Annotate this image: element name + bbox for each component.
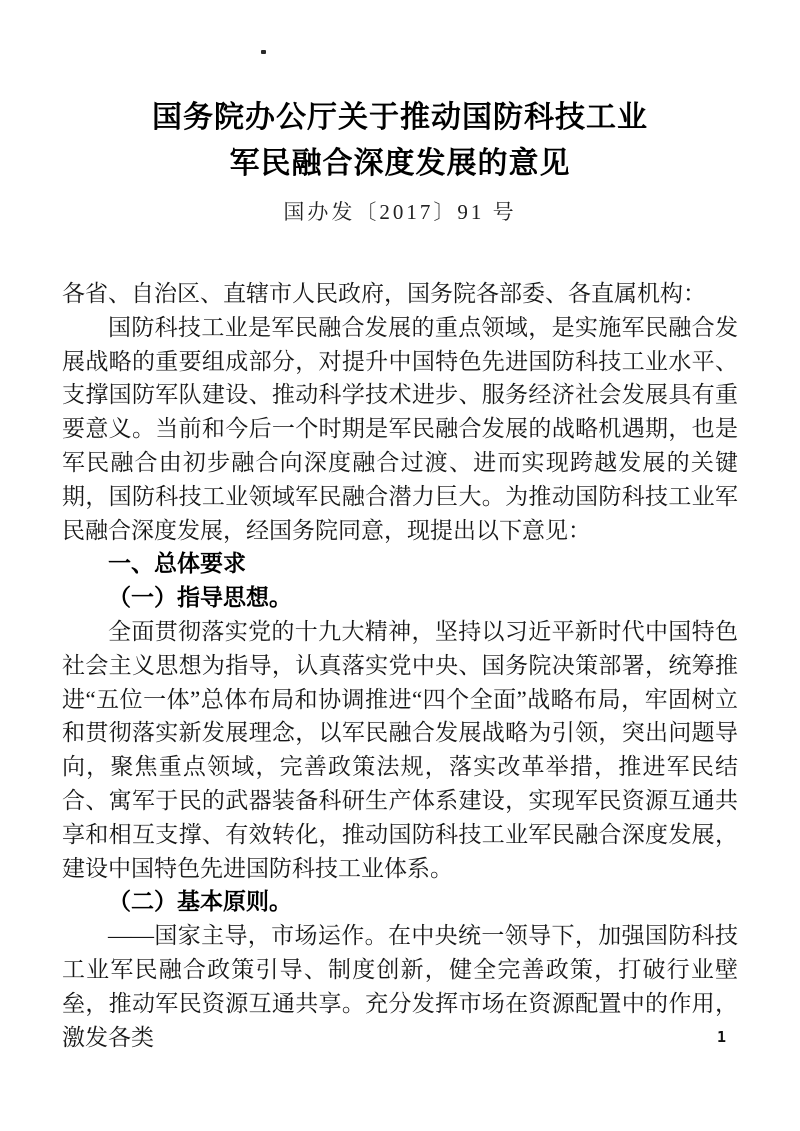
page-number: 1 bbox=[717, 1028, 726, 1046]
document-number: 国办发〔2017〕91 号 bbox=[0, 197, 800, 227]
salutation-line: 各省、自治区、直辖市人民政府，国务院各部委、各直属机构： bbox=[62, 277, 738, 311]
section-heading-overall-requirements: 一、总体要求 bbox=[62, 547, 738, 581]
subsection-heading-guiding-ideology: （一）指导思想。 bbox=[62, 581, 738, 615]
title-block: 国务院办公厅关于推动国防科技工业 军民融合深度发展的意见 国办发〔2017〕91… bbox=[0, 0, 800, 227]
intro-paragraph: 国防科技工业是军民融合发展的重点领域，是实施军民融合发展战略的重要组成部分，对提… bbox=[62, 311, 738, 548]
document-title-line-1: 国务院办公厅关于推动国防科技工业 bbox=[0, 95, 800, 141]
document-body: 各省、自治区、直辖市人民政府，国务院各部委、各直属机构： 国防科技工业是军民融合… bbox=[62, 277, 738, 1054]
subsection-heading-basic-principles: （二）基本原则。 bbox=[62, 885, 738, 919]
document-title-line-2: 军民融合深度发展的意见 bbox=[0, 141, 800, 187]
ink-speck bbox=[261, 50, 266, 54]
basic-principles-paragraph: ——国家主导，市场运作。在中央统一领导下，加强国防科技工业军民融合政策引导、制度… bbox=[62, 919, 738, 1054]
guiding-ideology-paragraph: 全面贯彻落实党的十九大精神，坚持以习近平新时代中国特色社会主义思想为指导，认真落… bbox=[62, 615, 738, 885]
document-page: 国务院办公厅关于推动国防科技工业 军民融合深度发展的意见 国办发〔2017〕91… bbox=[0, 0, 800, 1131]
